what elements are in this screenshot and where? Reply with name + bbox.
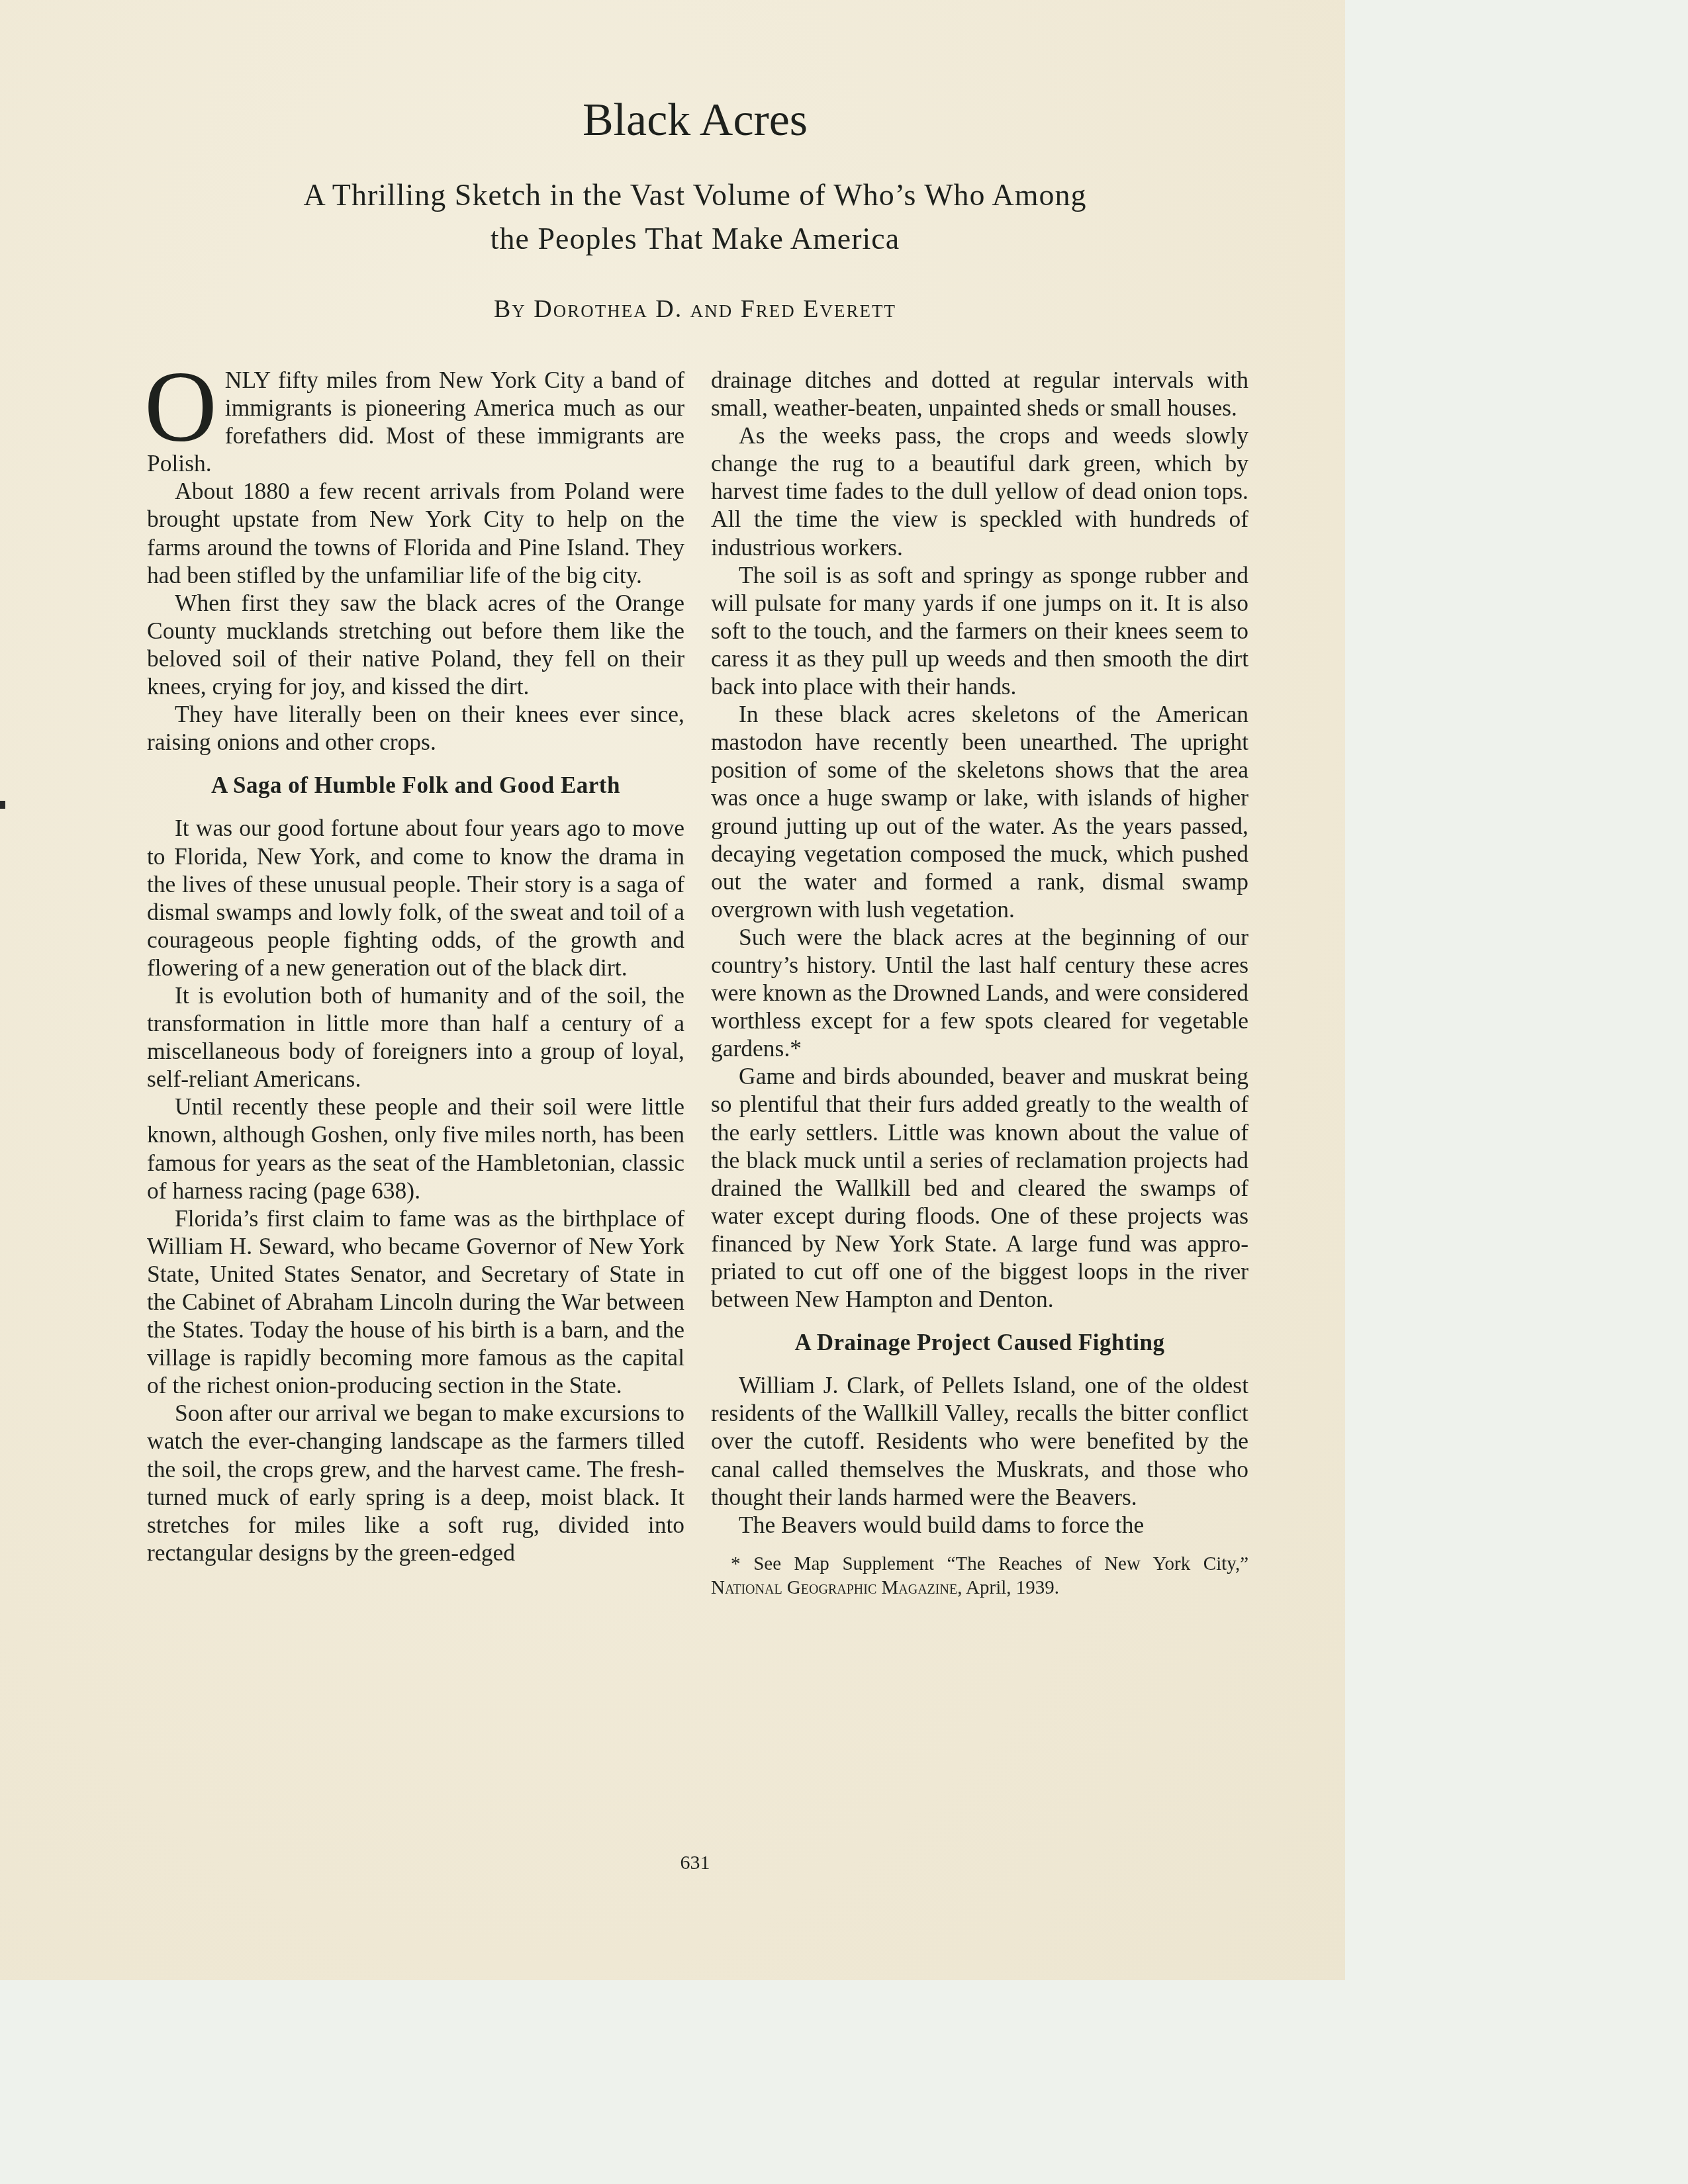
section-heading: A Drainage Project Caused Fighting (711, 1329, 1248, 1357)
paragraph: About 1880 a few recent arrivals from Po… (147, 477, 684, 588)
paragraph: It was our good fortune about four years… (147, 814, 684, 981)
paragraph: ONLY fifty miles from New York City a ba… (147, 366, 684, 477)
magazine-page: Black Acres A Thrilling Sketch in the Va… (0, 0, 1345, 1980)
article-title: Black Acres (0, 94, 1390, 147)
paragraph: William J. Clark, of Pellets Island, one… (711, 1371, 1248, 1510)
paragraph: drainage ditches and dotted at regular i… (711, 366, 1248, 422)
subtitle-line-1: A Thrilling Sketch in the Vast Volume of… (303, 178, 1086, 212)
left-column: ONLY fifty miles from New York City a ba… (147, 366, 684, 1567)
paragraph: Florida’s first claim to fame was as the… (147, 1205, 684, 1400)
margin-mark (0, 801, 5, 809)
subtitle-line-2: the Peoples That Make America (491, 222, 900, 255)
paragraph: It is evolution both of humanity and of … (147, 981, 684, 1093)
paragraph: The Beavers would build dams to force th… (711, 1511, 1248, 1539)
paragraph: Game and birds abounded, beaver and musk… (711, 1062, 1248, 1313)
paragraph: As the weeks pass, the crops and weeds s… (711, 422, 1248, 561)
paragraph: Until recently these people and their so… (147, 1093, 684, 1204)
publication-name: National Geographic Magazine (711, 1577, 957, 1598)
page-number: 631 (0, 1852, 1390, 1874)
paragraph: Such were the black acres at the beginni… (711, 923, 1248, 1062)
drop-cap: O (144, 367, 217, 448)
byline: By Dorothea D. and Fred Everett (0, 295, 1390, 324)
paragraph: The soil is as soft and springy as spong… (711, 561, 1248, 700)
section-heading: A Saga of Humble Folk and Good Earth (147, 772, 684, 799)
paragraph: They have literally been on their knees … (147, 700, 684, 756)
right-column: drainage ditches and dotted at regular i… (711, 366, 1248, 1600)
paragraph: Soon after our arrival we began to make … (147, 1399, 684, 1567)
article-subtitle: A Thrilling Sketch in the Vast Volume of… (0, 173, 1390, 261)
paragraph: In these black acres skeletons of the Am… (711, 700, 1248, 923)
footnote: * See Map Supplement “The Reaches of New… (711, 1552, 1248, 1600)
paragraph: When first they saw the black acres of t… (147, 589, 684, 700)
